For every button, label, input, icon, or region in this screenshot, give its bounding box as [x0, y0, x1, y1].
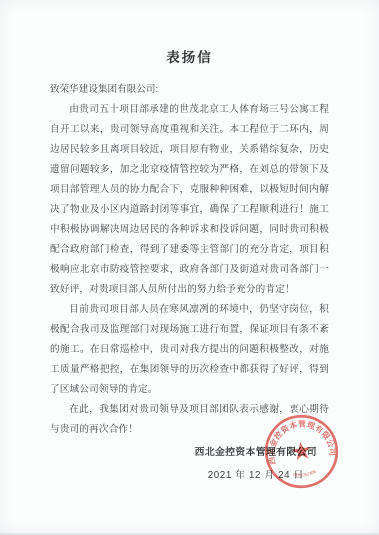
paragraph-3: 在此，我集团对贵司领导及项目部团队表示感谢，衷心期待与贵司的再次合作！: [50, 400, 329, 440]
letter-title: 表扬信: [50, 46, 329, 66]
paragraph-2: 目前贵司项目部人员在寒风凛冽的环境中，仍坚守岗位，积极配合我司及监理部门对现场施…: [50, 300, 329, 400]
paragraph-1: 由贵司五十项目部承建的世茂北京工人体育场三号公寓工程自开工以来，贵司领导高度重视…: [50, 100, 329, 300]
salutation: 致荣华建设集团有限公司:: [50, 80, 329, 100]
letter-page: 表扬信 致荣华建设集团有限公司: 由贵司五十项目部承建的世茂北京工人体育场三号公…: [0, 0, 379, 535]
letter-date: 2021 年 12 月 24 日: [195, 467, 317, 481]
company-signature: 西北金控资本管理有限公司: [195, 444, 317, 458]
signature-block: 西北金控资本管理有限公司 2021 年 12 月 24 日: [195, 444, 317, 481]
